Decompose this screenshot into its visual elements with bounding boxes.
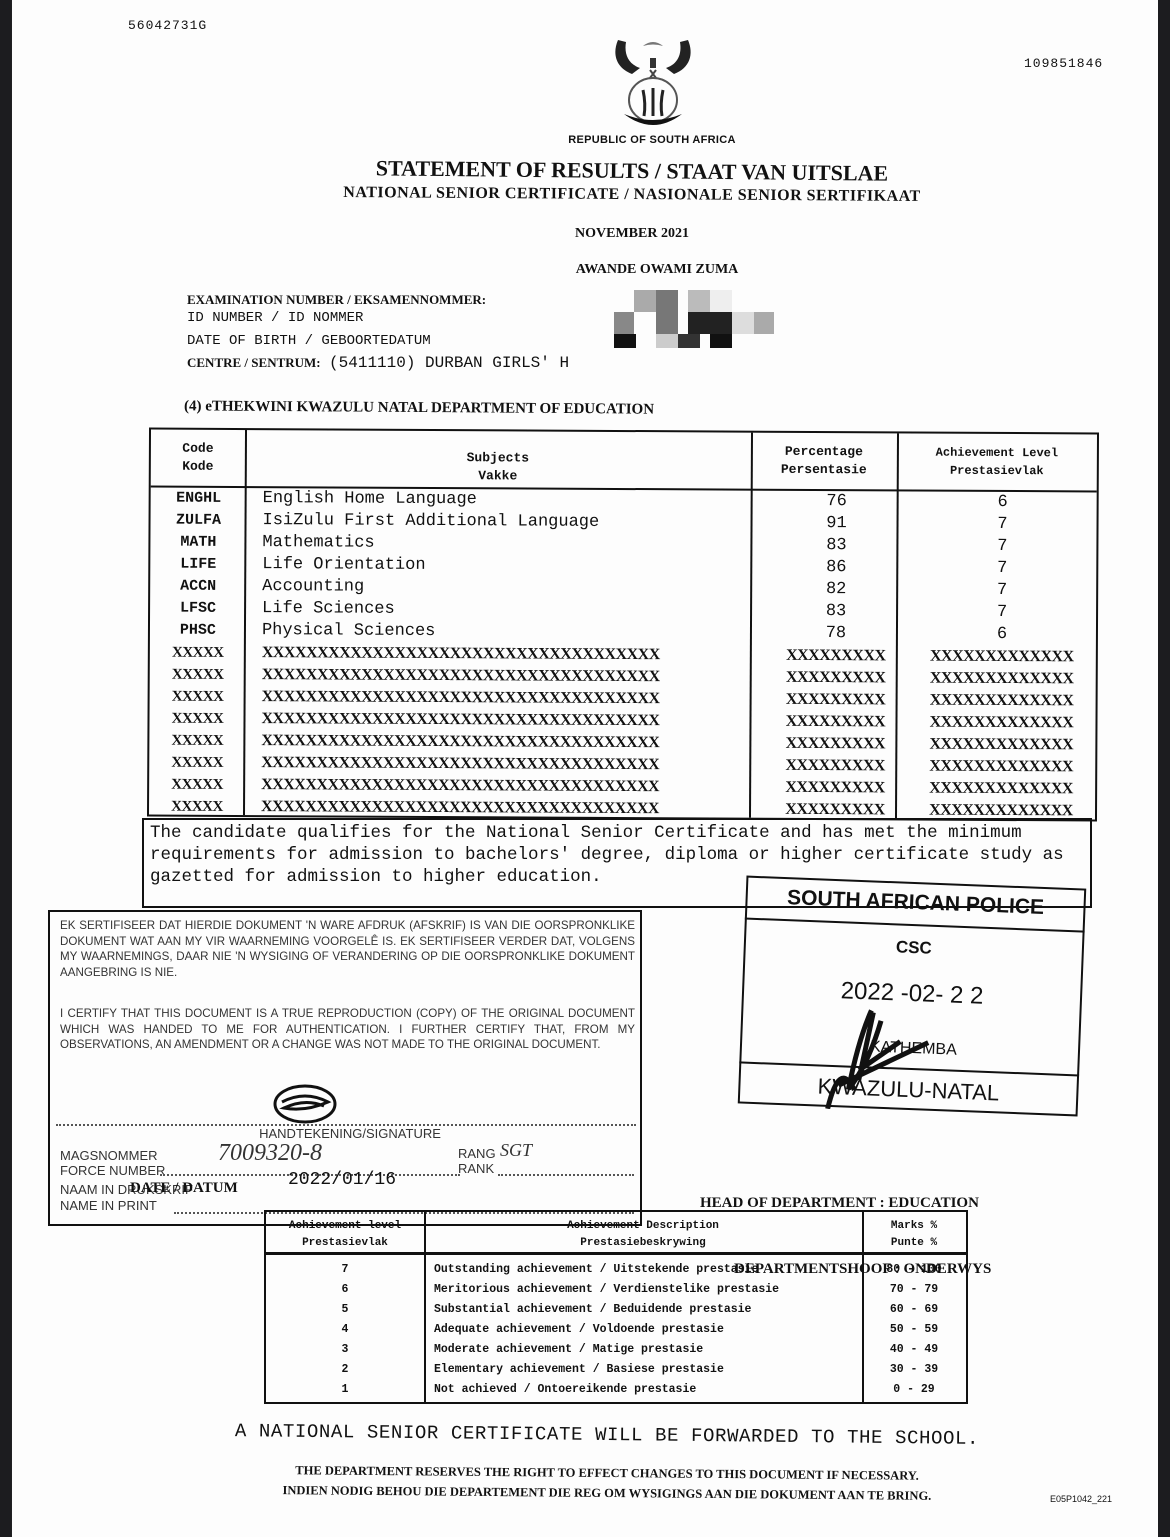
cell-level: XXXXXXXXXXXXX bbox=[909, 734, 1093, 757]
scale-row: 6Meritorious achievement / Verdienstelik… bbox=[266, 1280, 966, 1300]
scale-cell-level: 6 bbox=[266, 1280, 424, 1300]
district-line: (4) eTHEKWINI KWAZULU NATAL DEPARTMENT O… bbox=[184, 398, 654, 418]
cell-code: PHSC bbox=[158, 620, 238, 642]
scale-cell-marks: 30 - 39 bbox=[862, 1360, 966, 1380]
scale-row: 4Adequate achievement / Voldoende presta… bbox=[266, 1320, 966, 1340]
country-name: REPUBLIC OF SOUTH AFRICA bbox=[532, 134, 772, 146]
cell-subject: XXXXXXXXXXXXXXXXXXXXXXXXXXXXXXXXXXXX bbox=[261, 752, 659, 776]
dob-label: DATE OF BIRTH / GEBOORTEDATUM bbox=[187, 333, 431, 349]
scale-cell-marks: 0 - 29 bbox=[862, 1380, 966, 1400]
cell-code: MATH bbox=[158, 532, 238, 554]
scale-cell-marks: 50 - 59 bbox=[862, 1320, 966, 1340]
date-label: DATE / DATUM bbox=[130, 1180, 238, 1197]
cell-level: 7 bbox=[910, 558, 1094, 581]
signature-label: HANDTEKENING/SIGNATURE bbox=[200, 1126, 500, 1141]
document-page: 56042731G 109851846 REPUBLIC OF SOUTH AF… bbox=[12, 0, 1158, 1537]
cell-percentage: 83 bbox=[766, 601, 906, 624]
cell-percentage: 83 bbox=[766, 535, 906, 558]
scale-cell-description: Elementary achievement / Basiese prestas… bbox=[434, 1360, 724, 1380]
rank-label: RANGRANK bbox=[458, 1146, 496, 1176]
certification-afrikaans: EK SERTIFISEER DAT HIERDIE DOKUMENT 'N W… bbox=[60, 918, 635, 980]
cell-level: 7 bbox=[910, 580, 1094, 603]
scale-cell-description: Adequate achievement / Voldoende prestas… bbox=[434, 1320, 724, 1340]
cell-subject: English Home Language bbox=[263, 488, 477, 511]
header-code: CodeKode bbox=[151, 440, 245, 476]
cell-subject: Life Orientation bbox=[262, 554, 425, 577]
scale-cell-description: Substantial achievement / Beduidende pre… bbox=[434, 1300, 751, 1320]
cell-code: ENGHL bbox=[159, 488, 239, 510]
date-value: 2022/01/16 bbox=[288, 1170, 396, 1190]
coat-of-arms-icon bbox=[610, 34, 696, 130]
cell-percentage: 78 bbox=[766, 623, 906, 646]
centre-line: CENTRE / SENTRUM: (5411110) DURBAN GIRLS… bbox=[187, 354, 569, 372]
cell-level: 7 bbox=[910, 514, 1094, 537]
scale-cell-description: Meritorious achievement / Verdienstelike… bbox=[434, 1280, 779, 1300]
scale-row: 5Substantial achievement / Beduidende pr… bbox=[266, 1300, 966, 1320]
cell-code: XXXXX bbox=[157, 774, 237, 796]
scale-row: 2Elementary achievement / Basiese presta… bbox=[266, 1360, 966, 1380]
cell-code: XXXXX bbox=[157, 796, 237, 818]
achievement-scale-table: Achievement levelPrestasievlak Achieveme… bbox=[264, 1210, 968, 1404]
cell-percentage: XXXXXXXXX bbox=[765, 777, 905, 800]
results-table: CodeKode SubjectsVakke PercentagePersent… bbox=[147, 428, 1099, 822]
cell-level: 7 bbox=[910, 602, 1094, 625]
scale-cell-marks: 80 - 100 bbox=[862, 1260, 966, 1280]
centre-label: CENTRE / SENTRUM: bbox=[187, 355, 321, 370]
serial-number-right: 109851846 bbox=[1024, 56, 1103, 71]
cell-percentage: 82 bbox=[766, 579, 906, 602]
serial-number-left: 56042731G bbox=[128, 18, 207, 33]
cell-subject: Physical Sciences bbox=[262, 620, 436, 643]
scale-cell-level: 7 bbox=[266, 1260, 424, 1280]
cell-level: 7 bbox=[910, 536, 1094, 559]
cell-level: XXXXXXXXXXXXX bbox=[909, 712, 1093, 735]
redacted-personal-info bbox=[614, 290, 764, 350]
cell-code: XXXXX bbox=[158, 686, 238, 708]
cell-subject: Life Sciences bbox=[262, 598, 395, 621]
certification-box: EK SERTIFISEER DAT HIERDIE DOKUMENT 'N W… bbox=[48, 910, 642, 1226]
disclaimer: THE DEPARTMENT RESERVES THE RIGHT TO EFF… bbox=[192, 1459, 1022, 1506]
cell-code: XXXXX bbox=[158, 642, 238, 664]
signature-mark bbox=[272, 1082, 338, 1126]
scale-cell-description: Not achieved / Ontoereikende prestasie bbox=[434, 1380, 696, 1400]
cell-subject: XXXXXXXXXXXXXXXXXXXXXXXXXXXXXXXXXXXX bbox=[261, 796, 659, 820]
cell-level: 6 bbox=[910, 624, 1094, 647]
header-level: Achievement LevelPrestasievlak bbox=[897, 443, 1097, 480]
document-title: STATEMENT OF RESULTS / STAAT VAN UITSLAE bbox=[312, 155, 952, 188]
scale-cell-level: 1 bbox=[266, 1380, 424, 1400]
cell-code: ZULFA bbox=[158, 510, 238, 532]
official-signature bbox=[808, 998, 932, 1113]
scale-header-marks: Marks %Punte % bbox=[862, 1218, 966, 1252]
candidate-name: AWANDE OWAMI ZUMA bbox=[532, 262, 782, 278]
header-percentage: PercentagePersentasie bbox=[751, 443, 897, 480]
cell-percentage: XXXXXXXXX bbox=[766, 689, 906, 712]
certification-english: I CERTIFY THAT THIS DOCUMENT IS A TRUE R… bbox=[60, 1006, 635, 1053]
form-code: E05P1042_221 bbox=[1050, 1494, 1112, 1504]
cell-percentage: XXXXXXXXX bbox=[766, 667, 906, 690]
cell-subject: XXXXXXXXXXXXXXXXXXXXXXXXXXXXXXXXXXXX bbox=[261, 774, 659, 798]
cell-level: XXXXXXXXXXXXX bbox=[910, 690, 1094, 713]
cell-percentage: XXXXXXXXX bbox=[765, 733, 905, 756]
header-subject: SubjectsVakke bbox=[245, 448, 751, 487]
cell-subject: XXXXXXXXXXXXXXXXXXXXXXXXXXXXXXXXXXXX bbox=[262, 642, 660, 666]
scale-header-description: Achievement DescriptionPrestasiebeskrywi… bbox=[424, 1218, 862, 1252]
scale-cell-description: Moderate achievement / Matige prestasie bbox=[434, 1340, 703, 1360]
cell-level: XXXXXXXXXXXXX bbox=[910, 668, 1094, 691]
cell-code: LFSC bbox=[158, 598, 238, 620]
cell-percentage: 86 bbox=[766, 557, 906, 580]
scale-cell-level: 3 bbox=[266, 1340, 424, 1360]
scale-row: 1Not achieved / Ontoereikende prestasie0… bbox=[266, 1380, 966, 1400]
cell-percentage: XXXXXXXXX bbox=[766, 645, 906, 668]
scale-cell-level: 5 bbox=[266, 1300, 424, 1320]
cell-subject: Accounting bbox=[262, 576, 364, 599]
cell-subject: XXXXXXXXXXXXXXXXXXXXXXXXXXXXXXXXXXXX bbox=[262, 664, 660, 688]
scale-header-level: Achievement levelPrestasievlak bbox=[266, 1218, 424, 1252]
cell-percentage: XXXXXXXXX bbox=[765, 711, 905, 734]
scale-cell-marks: 60 - 69 bbox=[862, 1300, 966, 1320]
cell-level: XXXXXXXXXXXXX bbox=[910, 646, 1094, 669]
id-number-label: ID NUMBER / ID NOMMER bbox=[187, 310, 363, 326]
force-number-value: 7009320-8 bbox=[218, 1140, 322, 1167]
police-stamp: SOUTH AFRICAN POLICE CSC 2022 -02- 2 2 K… bbox=[738, 876, 1087, 1117]
scale-row: 3Moderate achievement / Matige prestasie… bbox=[266, 1340, 966, 1360]
scale-cell-level: 4 bbox=[266, 1320, 424, 1340]
cell-subject: XXXXXXXXXXXXXXXXXXXXXXXXXXXXXXXXXXXX bbox=[262, 686, 660, 710]
certificate-notice: A NATIONAL SENIOR CERTIFICATE WILL BE FO… bbox=[182, 1420, 1032, 1451]
force-number-label: MAGSNOMMERFORCE NUMBER bbox=[60, 1148, 165, 1178]
scale-cell-marks: 40 - 49 bbox=[862, 1340, 966, 1360]
cell-level: XXXXXXXXXXXXX bbox=[909, 756, 1093, 779]
cell-subject: XXXXXXXXXXXXXXXXXXXXXXXXXXXXXXXXXXXX bbox=[261, 730, 659, 754]
cell-subject: XXXXXXXXXXXXXXXXXXXXXXXXXXXXXXXXXXXX bbox=[261, 708, 659, 732]
scale-cell-level: 2 bbox=[266, 1360, 424, 1380]
rank-value: SGT bbox=[500, 1140, 532, 1161]
cell-level: 6 bbox=[911, 492, 1095, 515]
scale-cell-marks: 70 - 79 bbox=[862, 1280, 966, 1300]
exam-number-label: EXAMINATION NUMBER / EKSAMENNOMMER: bbox=[187, 292, 486, 308]
cell-code: ACCN bbox=[158, 576, 238, 598]
cell-level: XXXXXXXXXXXXX bbox=[909, 778, 1093, 801]
cell-percentage: 76 bbox=[767, 491, 907, 514]
cell-code: XXXXX bbox=[158, 664, 238, 686]
cell-code: XXXXX bbox=[157, 730, 237, 752]
cell-subject: Mathematics bbox=[262, 532, 374, 555]
cell-percentage: XXXXXXXXX bbox=[765, 755, 905, 778]
centre-value: (5411110) DURBAN GIRLS' H bbox=[329, 354, 569, 372]
cell-percentage: 91 bbox=[766, 513, 906, 536]
cell-code: XXXXX bbox=[157, 708, 237, 730]
cell-code: LIFE bbox=[158, 554, 238, 576]
exam-session: NOVEMBER 2021 bbox=[532, 226, 732, 242]
scale-cell-description: Outstanding achievement / Uitstekende pr… bbox=[434, 1260, 758, 1280]
cell-subject: IsiZulu First Additional Language bbox=[262, 510, 599, 534]
scale-row: 7Outstanding achievement / Uitstekende p… bbox=[266, 1260, 966, 1280]
cell-code: XXXXX bbox=[157, 752, 237, 774]
